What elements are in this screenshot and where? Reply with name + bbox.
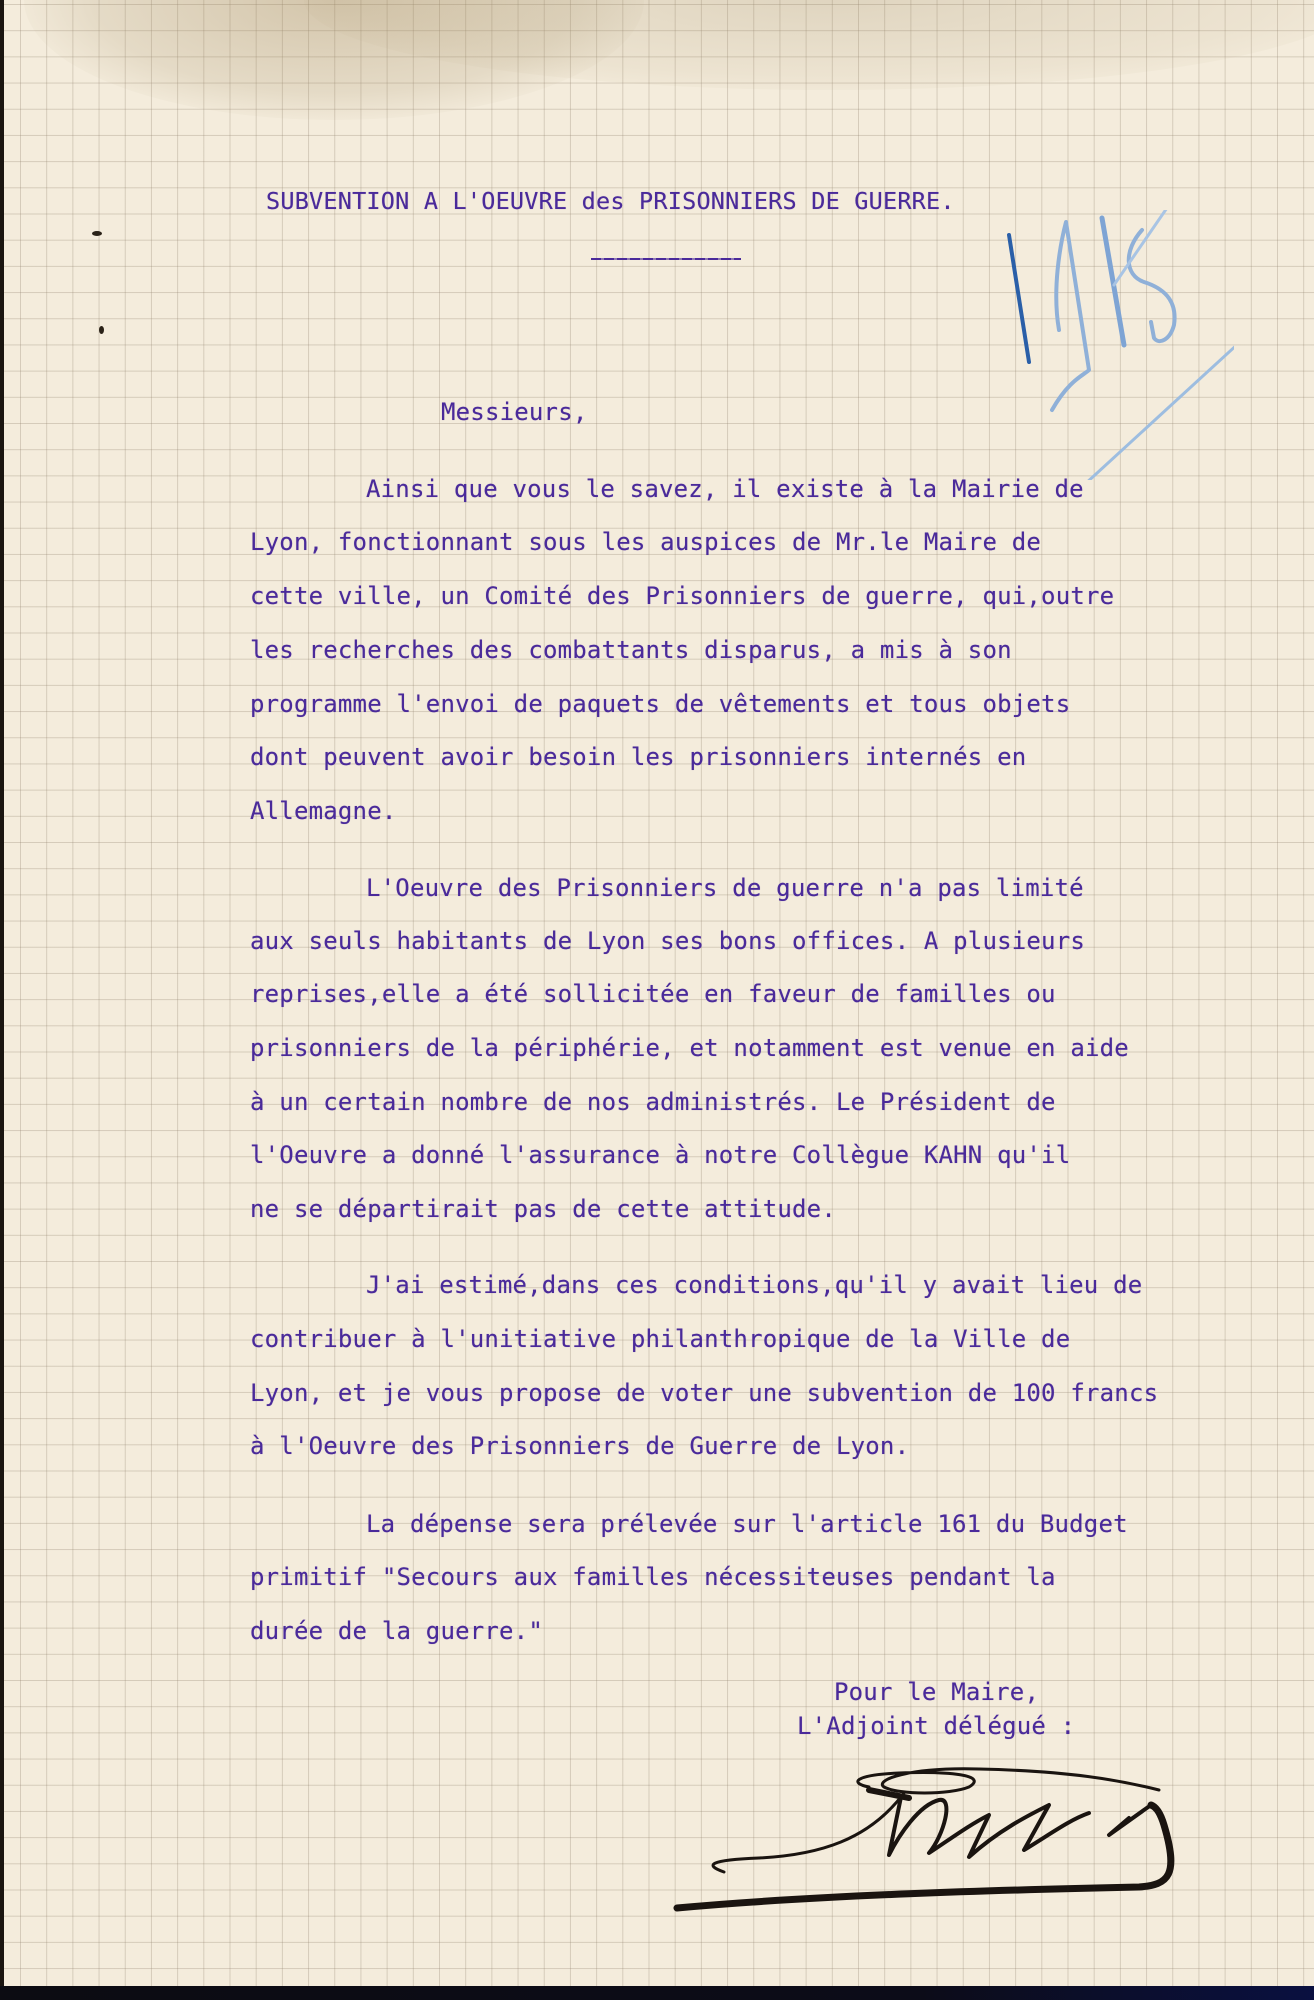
document-title: SUBVENTION A L'OEUVRE des PRISONNIERS DE… bbox=[266, 187, 955, 215]
paragraph-line: l'Oeuvre a donné l'assurance à notre Col… bbox=[250, 1141, 1070, 1169]
paragraph-line: L'Oeuvre des Prisonniers de guerre n'a p… bbox=[366, 874, 1084, 902]
handwritten-signature-icon bbox=[669, 1745, 1249, 1925]
paragraph-line: J'ai estimé,dans ces conditions,qu'il y … bbox=[366, 1271, 1142, 1299]
closing-line: L'Adjoint délégué : bbox=[797, 1712, 1075, 1740]
paragraph-line: dont peuvent avoir besoin les prisonnier… bbox=[250, 743, 1026, 771]
paragraph-line: primitif "Secours aux familles nécessite… bbox=[250, 1563, 1056, 1591]
paragraph-line: durée de la guerre." bbox=[250, 1617, 543, 1645]
paragraph-line: à l'Oeuvre des Prisonniers de Guerre de … bbox=[250, 1432, 909, 1460]
closing-line: Pour le Maire, bbox=[834, 1678, 1039, 1706]
paragraph-line: La dépense sera prélevée sur l'article 1… bbox=[366, 1510, 1128, 1538]
paragraph-line: contribuer à l'unitiative philanthropiqu… bbox=[250, 1325, 1070, 1353]
salutation: Messieurs, bbox=[441, 398, 588, 426]
paragraph-line: reprises,elle a été sollicitée en faveur… bbox=[250, 980, 1056, 1008]
paragraph-line: Allemagne. bbox=[250, 797, 397, 825]
paragraph-line: Lyon, et je vous propose de voter une su… bbox=[250, 1379, 1158, 1407]
paragraph-line: les recherches des combattants disparus,… bbox=[250, 636, 1012, 664]
paragraph-line: Lyon, fonctionnant sous les auspices de … bbox=[250, 528, 1041, 556]
paragraph-line: Ainsi que vous le savez, il existe à la … bbox=[366, 475, 1084, 503]
pencil-year-annotation-icon bbox=[974, 210, 1234, 480]
scan-edge bbox=[0, 1986, 1314, 2000]
paragraph-line: prisonniers de la périphérie, et notamme… bbox=[250, 1034, 1129, 1062]
paper-hole bbox=[92, 231, 102, 236]
paragraph-line: programme l'envoi de paquets de vêtement… bbox=[250, 690, 1070, 718]
document-page: SUBVENTION A L'OEUVRE des PRISONNIERS DE… bbox=[4, 0, 1314, 1986]
paragraph-line: ne se départirait pas de cette attitude. bbox=[250, 1195, 836, 1223]
scan-edge bbox=[0, 0, 4, 2000]
paper-hole bbox=[99, 326, 104, 334]
paragraph-line: à un certain nombre de nos administrés. … bbox=[250, 1088, 1056, 1116]
paragraph-line: aux seuls habitants de Lyon ses bons off… bbox=[250, 927, 1085, 955]
paragraph-line: cette ville, un Comité des Prisonniers d… bbox=[250, 582, 1114, 610]
title-underline bbox=[591, 258, 741, 260]
